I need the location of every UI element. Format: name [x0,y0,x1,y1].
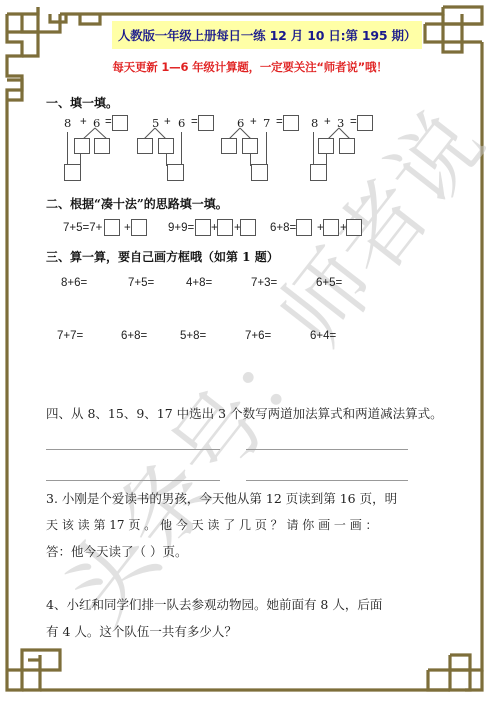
split-box-1[interactable] [318,138,334,154]
result-box[interactable] [310,164,327,181]
fill-box[interactable] [296,219,312,236]
worksheet-page: 头条号：师者说 人教版一年级上册每日一练 12 月 10 日:第 195 期） … [0,0,500,707]
result-box[interactable] [167,164,184,181]
answer-line[interactable] [246,480,408,481]
expression-prefix: 6+8= [270,222,296,234]
fill-box[interactable] [323,219,339,236]
calc-item: 5+8= [180,330,206,342]
operand-b: 7 [263,116,270,130]
calc-item: 7+6= [245,330,271,342]
problem-3-line-2: 天 该 读 第 17 页 。 他 今 天 读 了 几 页 ？ 请 你 画 一 画… [46,516,378,533]
subtitle-notice: 每天更新 1—6 年级计算题，一定要关注“师者说”哦！ [0,59,500,75]
answer-box[interactable] [283,115,299,131]
calc-item: 8+6= [61,277,87,289]
section-3-heading: 三、算一算，要自己画方框哦（如第 1 题） [46,248,279,265]
fill-box[interactable] [217,219,233,236]
split-box-2[interactable] [339,138,355,154]
calc-item: 7+7= [57,330,83,342]
problem-3-answer: 答：他今天读了（ ）页。 [46,542,187,560]
fill-box[interactable] [346,219,362,236]
calc-item: 7+5= [128,277,154,289]
section-2-heading: 二、根据“凑十法”的思路填一填。 [46,195,228,212]
calc-item: 6+8= [121,330,147,342]
fill-box[interactable] [240,219,256,236]
calc-item: 4+8= [186,277,212,289]
fill-box[interactable] [131,219,147,236]
answer-box[interactable] [112,115,128,131]
equals: = [191,116,198,128]
operand-b: 6 [178,116,185,130]
equals: = [276,116,283,128]
result-box[interactable] [251,164,268,181]
answer-box[interactable] [198,115,214,131]
split-box-1[interactable] [74,138,90,154]
fill-box[interactable] [195,219,211,236]
answer-line[interactable] [46,449,220,450]
calc-item: 6+4= [310,330,336,342]
result-box[interactable] [64,164,81,181]
problem-4-line-2: 有 4 人。这个队伍一共有多少人？ [46,622,237,640]
plus-sign: + [124,222,131,234]
answer-box[interactable] [357,115,373,131]
expression-prefix: 7+5=7+ [63,222,102,234]
split-box-1[interactable] [137,138,153,154]
problem-3-line-1: 3. 小刚是个爱读书的男孩，今天他从第 12 页读到第 16 页，明 [46,489,397,507]
section-4-heading: 四、从 8、15、9、17 中选出 3 个数写两道加法算式和两道减法算式。 [46,404,443,422]
answer-line[interactable] [246,449,408,450]
section-1-heading: 一、填一填。 [46,94,118,111]
calc-item: 7+3= [251,277,277,289]
problem-4-line-1: 4、小红和同学们排一队去参观动物园。她前面有 8 人，后面 [46,595,382,613]
split-box-2[interactable] [242,138,258,154]
answer-line[interactable] [46,480,220,481]
split-box-1[interactable] [221,138,237,154]
worksheet-title: 人教版一年级上册每日一练 12 月 10 日:第 195 期） [118,26,416,44]
split-box-2[interactable] [158,138,174,154]
split-box-2[interactable] [94,138,110,154]
title-banner: 人教版一年级上册每日一练 12 月 10 日:第 195 期） [112,21,422,49]
fill-box[interactable] [104,219,120,236]
expression-prefix: 9+9= [168,222,194,234]
calc-item: 6+5= [316,277,342,289]
